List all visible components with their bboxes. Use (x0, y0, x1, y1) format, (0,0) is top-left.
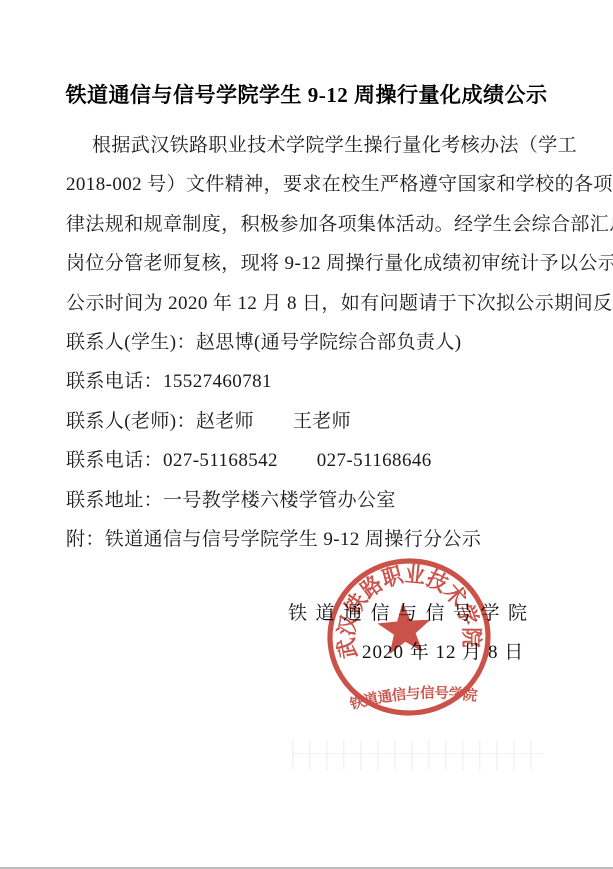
contact-phone-teacher-line: 联系电话：027-51168542 027-51168646 (66, 441, 547, 480)
official-seal: 武汉铁路职业技术学院 铁道通信与信号学院 (318, 546, 499, 727)
paragraph-line: 岗位分管老师复核，现将 9-12 周操行量化成绩初审统计予以公示， (66, 244, 547, 283)
contact-student-line: 联系人(学生)：赵思博(通号学院综合部负责人) (66, 323, 547, 362)
document-page: 铁道通信与信号学院学生 9-12 周操行量化成绩公示 根据武汉铁路职业技术学院学… (0, 0, 613, 869)
seal-arc-text-holder: 武汉铁路职业技术学院 (328, 556, 485, 661)
seal-arc-text: 武汉铁路职业技术学院 (328, 556, 485, 661)
next-page-table-bleed (292, 740, 544, 770)
document-title: 铁道通信与信号学院学生 9-12 周操行量化成绩公示 (0, 79, 613, 109)
seal-bottom-text: 铁道通信与信号学院 (346, 680, 480, 714)
contact-teacher-line: 联系人(老师)：赵老师 王老师 (66, 402, 547, 441)
paragraph-line: 公示时间为 2020 年 12 月 8 日，如有问题请于下次拟公示期间反馈。 (66, 284, 547, 323)
star-icon (376, 601, 433, 655)
seal-bottom-text-holder: 铁道通信与信号学院 (346, 680, 480, 714)
document-body: 根据武汉铁路职业技术学院学生操行量化考核办法（学工 2018-002 号）文件精… (66, 126, 547, 559)
paragraph-line: 2018-002 号）文件精神，要求在校生严格遵守国家和学校的各项法 (66, 165, 547, 204)
paragraph-line: 律法规和规章制度，积极参加各项集体活动。经学生会综合部汇总， (66, 205, 547, 244)
contact-phone-student-line: 联系电话：15527460781 (66, 362, 547, 401)
paragraph-line: 根据武汉铁路职业技术学院学生操行量化考核办法（学工 (66, 126, 547, 165)
contact-address-line: 联系地址：一号教学楼六楼学管办公室 (66, 481, 547, 520)
